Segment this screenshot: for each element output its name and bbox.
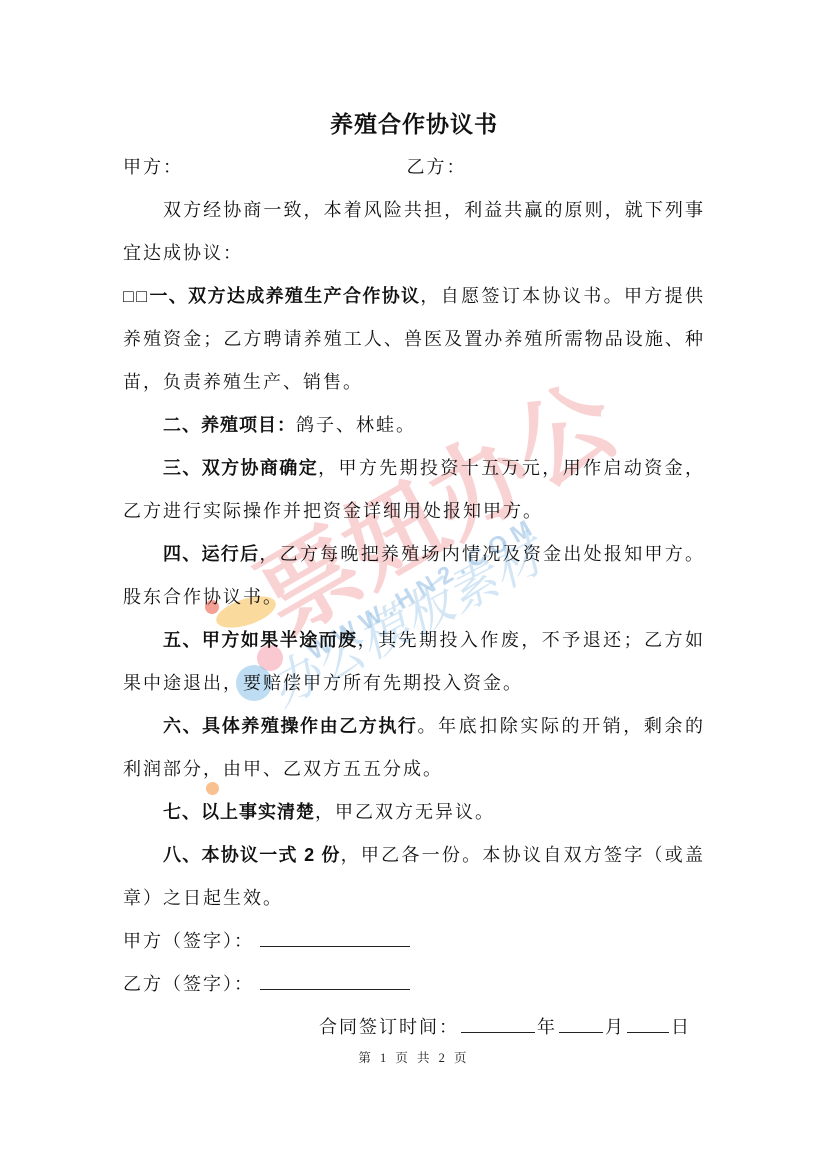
clause-heading: 二、养殖项目： (163, 415, 296, 435)
clause-heading: 五、甲方如果半途而废 (163, 630, 358, 650)
document-page: 票妞办公 WWW.HN2.COM 办公模板素材 养殖合作协议书 甲方： 乙方： … (0, 0, 827, 1169)
party-a-signature-line: 甲方（签字）： (123, 920, 705, 963)
party-a-signature-blank (260, 928, 410, 947)
party-a-signature-label: 甲方（签字）： (123, 931, 254, 951)
year-blank (461, 1014, 535, 1033)
clause-list: □□一、双方达成养殖生产合作协议，自愿签订本协议书。甲方提供养殖资金；乙方聘请养… (123, 275, 705, 920)
contract-date-label: 合同签订时间： (319, 1017, 459, 1037)
clause-body: ，甲乙双方无异议。 (315, 802, 495, 822)
document-content: 养殖合作协议书 甲方： 乙方： 双方经协商一致，本着风险共担，利益共赢的原则，就… (123, 108, 705, 1080)
year-label: 年 (537, 1017, 557, 1037)
party-a-label: 甲方： (123, 157, 183, 177)
clause-paragraph-3: 三、双方协商确定，甲方先期投资十五万元，用作启动资金，乙方进行实际操作并把资金详… (123, 447, 705, 533)
clause-prefix-boxes: □□ (123, 286, 149, 306)
clause-paragraph-1: □□一、双方达成养殖生产合作协议，自愿签订本协议书。甲方提供养殖资金；乙方聘请养… (123, 275, 705, 404)
month-label: 月 (605, 1017, 625, 1037)
clause-heading: 六、具体养殖操作由乙方执行 (163, 716, 418, 736)
month-blank (559, 1014, 603, 1033)
clause-heading: 七、以上事实清楚 (163, 802, 315, 822)
intro-paragraph: 双方经协商一致，本着风险共担，利益共赢的原则，就下列事宜达成协议： (123, 189, 705, 275)
clause-heading: 三、双方协商确定 (163, 458, 318, 478)
clause-paragraph-6: 六、具体养殖操作由乙方执行。年底扣除实际的开销，剩余的利润部分，由甲、乙双方五五… (123, 705, 705, 791)
day-blank (627, 1014, 669, 1033)
clause-paragraph-8: 八、本协议一式 2 份，甲乙各一份。本协议自双方签字（或盖章）之日起生效。 (123, 834, 705, 920)
clause-paragraph-2: 二、养殖项目：鸽子、林蛙。 (123, 404, 705, 447)
clause-heading: 四、运行后 (163, 544, 259, 564)
party-b-label: 乙方： (407, 157, 467, 177)
clause-paragraph-4: 四、运行后，乙方每晚把养殖场内情况及资金出处报知甲方。 股东合作协议书。 (123, 533, 705, 619)
party-b-signature-line: 乙方（签字）： (123, 963, 705, 1006)
clause-paragraph-5: 五、甲方如果半途而废，其先期投入作废，不予退还；乙方如果中途退出，要赔偿甲方所有… (123, 619, 705, 705)
clause-heading: 八、本协议一式 2 份 (163, 845, 341, 865)
clause-paragraph-7: 七、以上事实清楚，甲乙双方无异议。 (123, 791, 705, 834)
page-title: 养殖合作协议书 (123, 108, 705, 142)
day-label: 日 (671, 1017, 691, 1037)
clause-heading: 一、双方达成养殖生产合作协议 (149, 286, 420, 306)
clause-body: 鸽子、林蛙。 (296, 415, 416, 435)
party-b-signature-label: 乙方（签字）： (123, 974, 254, 994)
party-b-signature-blank (260, 971, 410, 990)
parties-line: 甲方： 乙方： (123, 146, 705, 189)
